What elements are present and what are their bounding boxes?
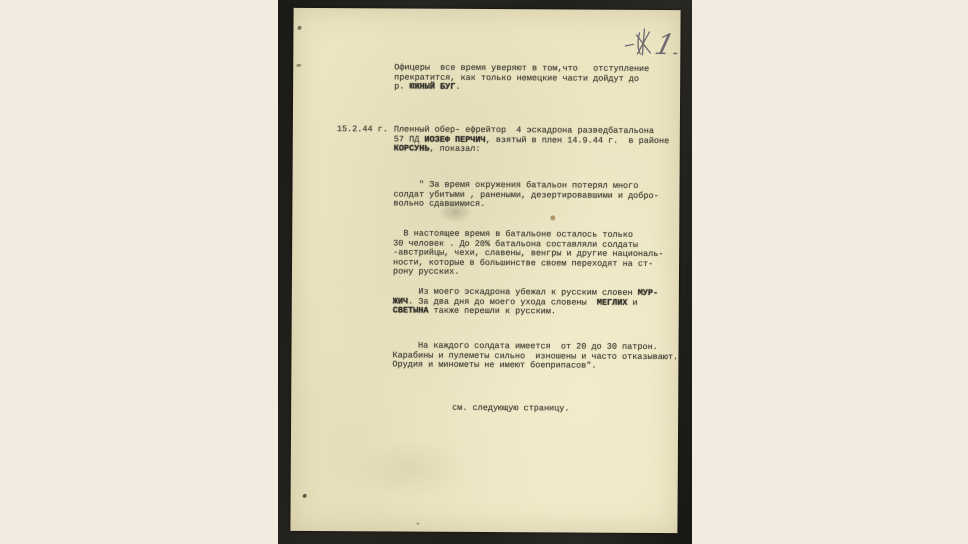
text-line: рону русских.: [393, 267, 663, 278]
paragraph-ammunition: На каждого солдата имеется от 20 до 30 п…: [392, 341, 678, 371]
text-line: КОРСУНЬ, показал:: [394, 144, 670, 155]
paragraph-losses: " За время окружения батальон потерял мн…: [393, 180, 658, 210]
text-line: р. ЮЖНЫЙ БУГ.: [394, 82, 649, 93]
paragraph-officers: Офицеры все время уверяют в том,что отст…: [394, 63, 649, 93]
see-next-page-note: см. следующую страницу.: [452, 404, 569, 414]
paragraph-deserters: Из моего эскадрона убежал к русским слов…: [393, 287, 658, 317]
text-line: вольно сдавшимися.: [393, 199, 658, 210]
pencil-dash: [625, 44, 633, 46]
text-line: Орудия и минометы не имеют боеприпасов".: [392, 360, 678, 371]
text-line: СВЕТЫНА также перешли к русским.: [393, 306, 658, 317]
document-page: 11 Офицеры все время уверяют в том,что о…: [290, 8, 680, 533]
photo-mat: 11 Офицеры все время уверяют в том,что о…: [278, 0, 692, 544]
ink-speck: [297, 26, 301, 30]
ink-speck: [416, 523, 419, 525]
ink-speck: [550, 215, 555, 220]
ink-speck: [296, 64, 301, 67]
paragraph-battalion-state: В настоящее время в батальоне осталось т…: [393, 229, 664, 278]
page-number-text: 11: [652, 28, 678, 61]
scan-background: 11 Офицеры все время уверяют в том,что о…: [0, 0, 968, 544]
entry-date: 15.2.44 г.: [337, 125, 388, 135]
ink-speck: [303, 494, 307, 498]
handwritten-page-number: 11: [623, 20, 677, 64]
paper-discoloration: [351, 438, 471, 499]
paragraph-prisoner: Пленный обер- ефрейтор 4 эскадрона разве…: [394, 125, 670, 155]
